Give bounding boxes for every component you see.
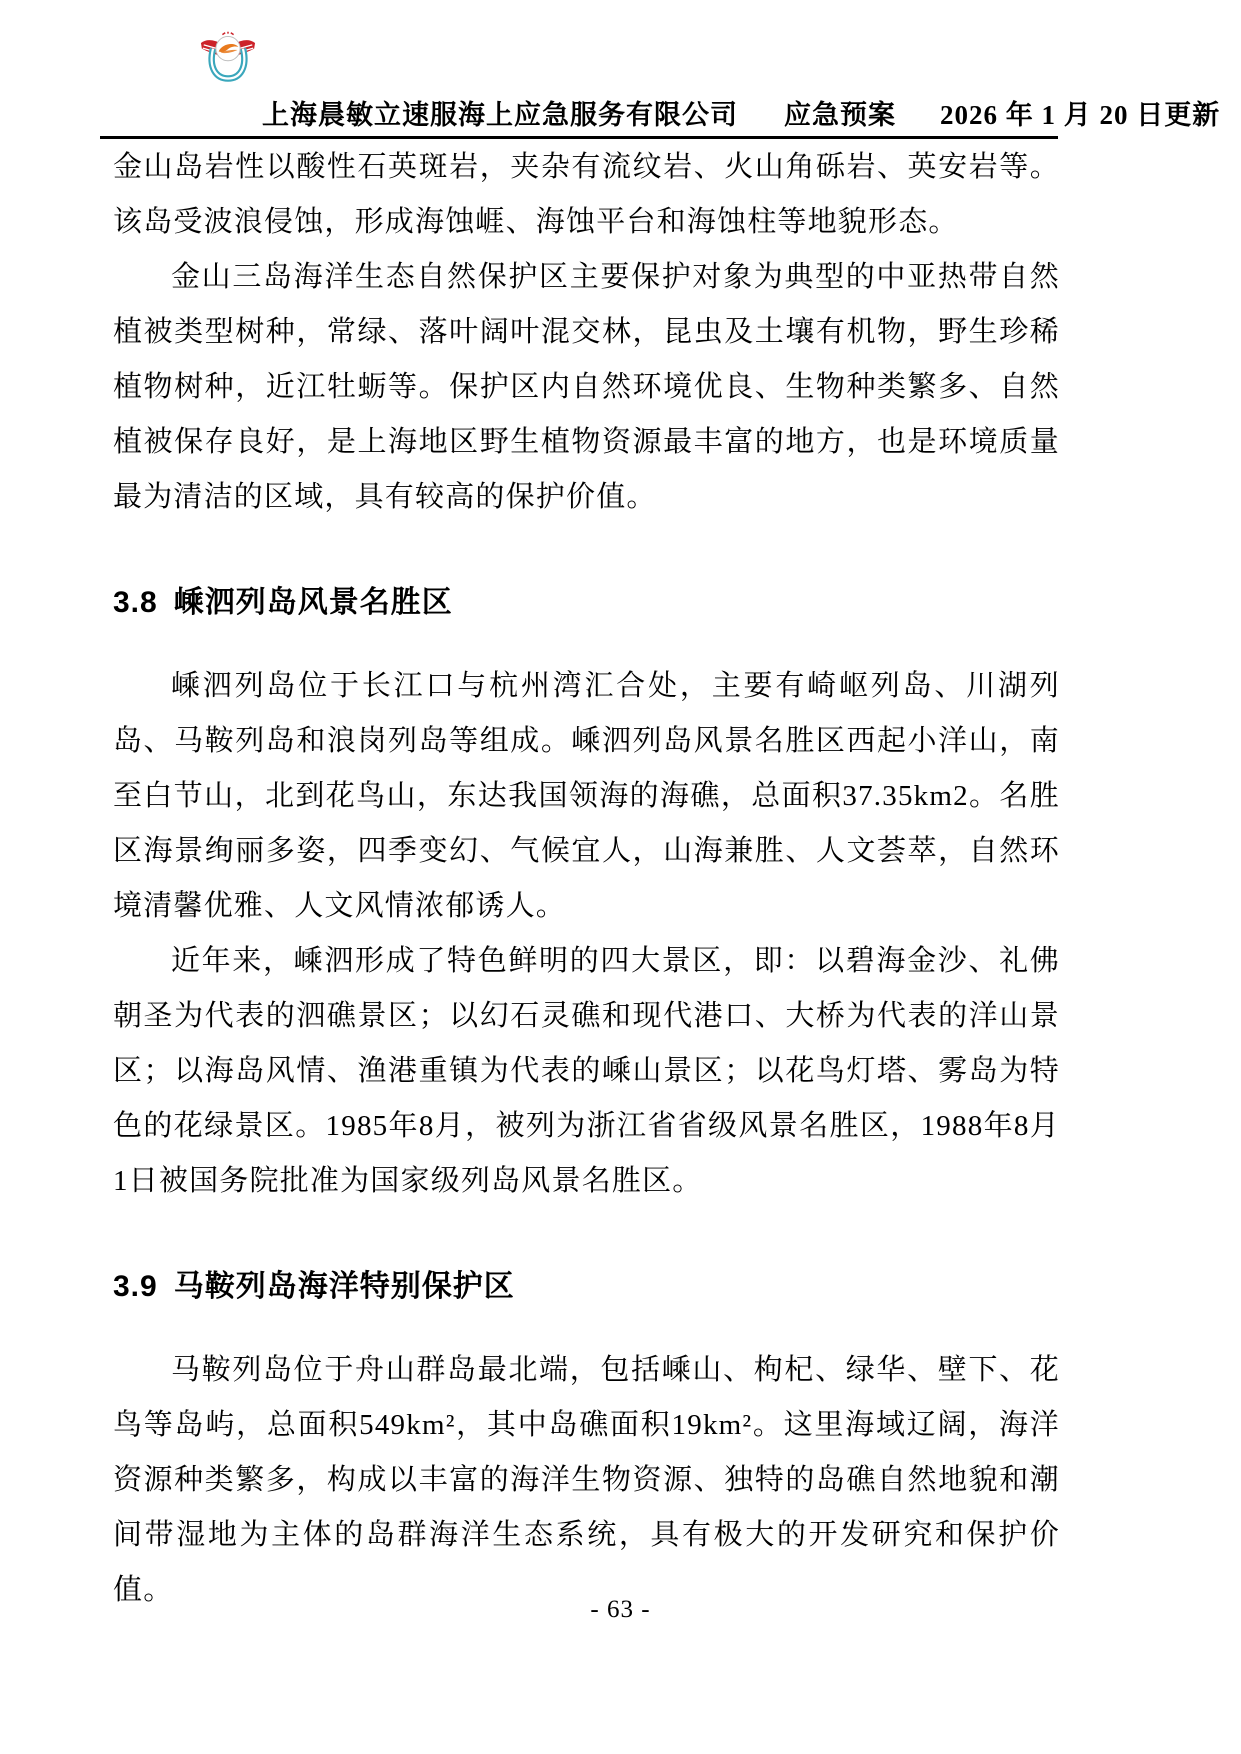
company-logo-icon bbox=[200, 30, 256, 84]
update-date: 2026 年 1 月 20 日更新 bbox=[940, 100, 1220, 130]
paragraph-shengsi-scenic-areas: 近年来，嵊泗形成了特色鲜明的四大景区，即：以碧海金沙、礼佛朝圣为代表的泗礁景区；… bbox=[113, 934, 1060, 1209]
section-heading-3-9: 3.9马鞍列岛海洋特别保护区 bbox=[113, 1269, 1060, 1305]
document-page: 上海晨敏立速服海上应急服务有限公司应急预案2026 年 1 月 20 日更新 金… bbox=[0, 0, 1241, 1754]
page-footer: - 63 - bbox=[0, 1596, 1241, 1624]
section-number: 3.9 bbox=[113, 1270, 158, 1303]
section-title: 马鞍列岛海洋特别保护区 bbox=[174, 1270, 515, 1303]
company-name: 上海晨敏立速服海上应急服务有限公司 bbox=[262, 100, 738, 130]
paragraph-maan-islands: 马鞍列岛位于舟山群岛最北端，包括嵊山、枸杞、绿华、壁下、花鸟等岛屿，总面积549… bbox=[113, 1343, 1060, 1618]
paragraph-jinshan-geology: 金山岛岩性以酸性石英斑岩，夹杂有流纹岩、火山角砾岩、英安岩等。该岛受波浪侵蚀，形… bbox=[113, 140, 1060, 250]
paragraph-shengsi-location: 嵊泗列岛位于长江口与杭州湾汇合处，主要有崎岖列岛、川湖列岛、马鞍列岛和浪岗列岛等… bbox=[113, 659, 1060, 934]
section-number: 3.8 bbox=[113, 586, 158, 619]
page-number: - 63 - bbox=[590, 1596, 650, 1623]
header-text-row: 上海晨敏立速服海上应急服务有限公司应急预案2026 年 1 月 20 日更新 bbox=[262, 98, 1220, 132]
page-header: 上海晨敏立速服海上应急服务有限公司应急预案2026 年 1 月 20 日更新 bbox=[100, 0, 1058, 139]
doc-type-label: 应急预案 bbox=[784, 100, 896, 130]
document-body: 金山岛岩性以酸性石英斑岩，夹杂有流纹岩、火山角砾岩、英安岩等。该岛受波浪侵蚀，形… bbox=[113, 140, 1060, 1618]
paragraph-jinshan-reserve: 金山三岛海洋生态自然保护区主要保护对象为典型的中亚热带自然植被类型树种，常绿、落… bbox=[113, 250, 1060, 525]
section-heading-3-8: 3.8嵊泗列岛风景名胜区 bbox=[113, 585, 1060, 621]
section-title: 嵊泗列岛风景名胜区 bbox=[174, 586, 453, 619]
